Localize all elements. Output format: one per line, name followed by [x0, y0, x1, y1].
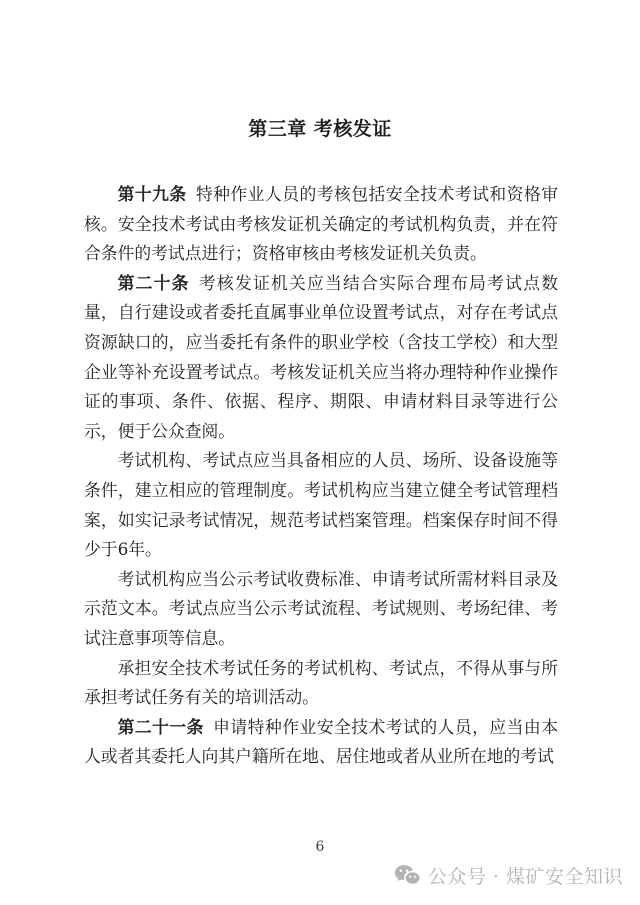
article-number-label: 第二十一条 [118, 717, 204, 737]
body-paragraph: 考试机构应当公示考试收费标准、申请考试所需材料目录及示范文本。考试点应当公示考试… [84, 565, 558, 654]
paragraph-text: 考试机构、考试点应当具备相应的人员、场所、设备设施等条件，建立相应的管理制度。考… [84, 450, 558, 559]
paragraph-text: 承担安全技术考试任务的考试机构、考试点，不得从事与所承担考试任务有关的培训活动。 [84, 658, 558, 708]
article-number-label: 第十九条 [118, 184, 187, 204]
body-paragraph: 第二十条考核发证机关应当结合实际合理布局考试点数量，自行建设或者委托直属事业单位… [84, 269, 558, 447]
body-paragraph: 第二十一条申请特种作业安全技术考试的人员，应当由本人或者其委托人向其户籍所在地、… [84, 713, 558, 772]
paragraph-text: 考核发证机关应当结合实际合理布局考试点数量，自行建设或者委托直属事业单位设置考试… [84, 273, 558, 441]
article-number-label: 第二十条 [118, 273, 190, 293]
body-paragraph: 承担安全技术考试任务的考试机构、考试点，不得从事与所承担考试任务有关的培训活动。 [84, 654, 558, 713]
document-page: 第三章 考核发证 第十九条特种作业人员的考核包括安全技术考试和资格审核。安全技术… [0, 0, 640, 905]
document-body: 第十九条特种作业人员的考核包括安全技术考试和资格审核。安全技术考试由考核发证机关… [84, 180, 558, 772]
paragraph-text: 考试机构应当公示考试收费标准、申请考试所需材料目录及示范文本。考试点应当公示考试… [84, 569, 558, 648]
body-paragraph: 考试机构、考试点应当具备相应的人员、场所、设备设施等条件，建立相应的管理制度。考… [84, 446, 558, 564]
chapter-title: 第三章 考核发证 [0, 116, 640, 143]
watermark-label: 公众号 · 煤矿安全知识 [428, 862, 623, 889]
wechat-watermark: 公众号 · 煤矿安全知识 [394, 862, 623, 889]
body-paragraph: 第十九条特种作业人员的考核包括安全技术考试和资格审核。安全技术考试由考核发证机关… [84, 180, 558, 269]
wechat-icon [394, 864, 421, 887]
page-number: 6 [0, 839, 640, 855]
